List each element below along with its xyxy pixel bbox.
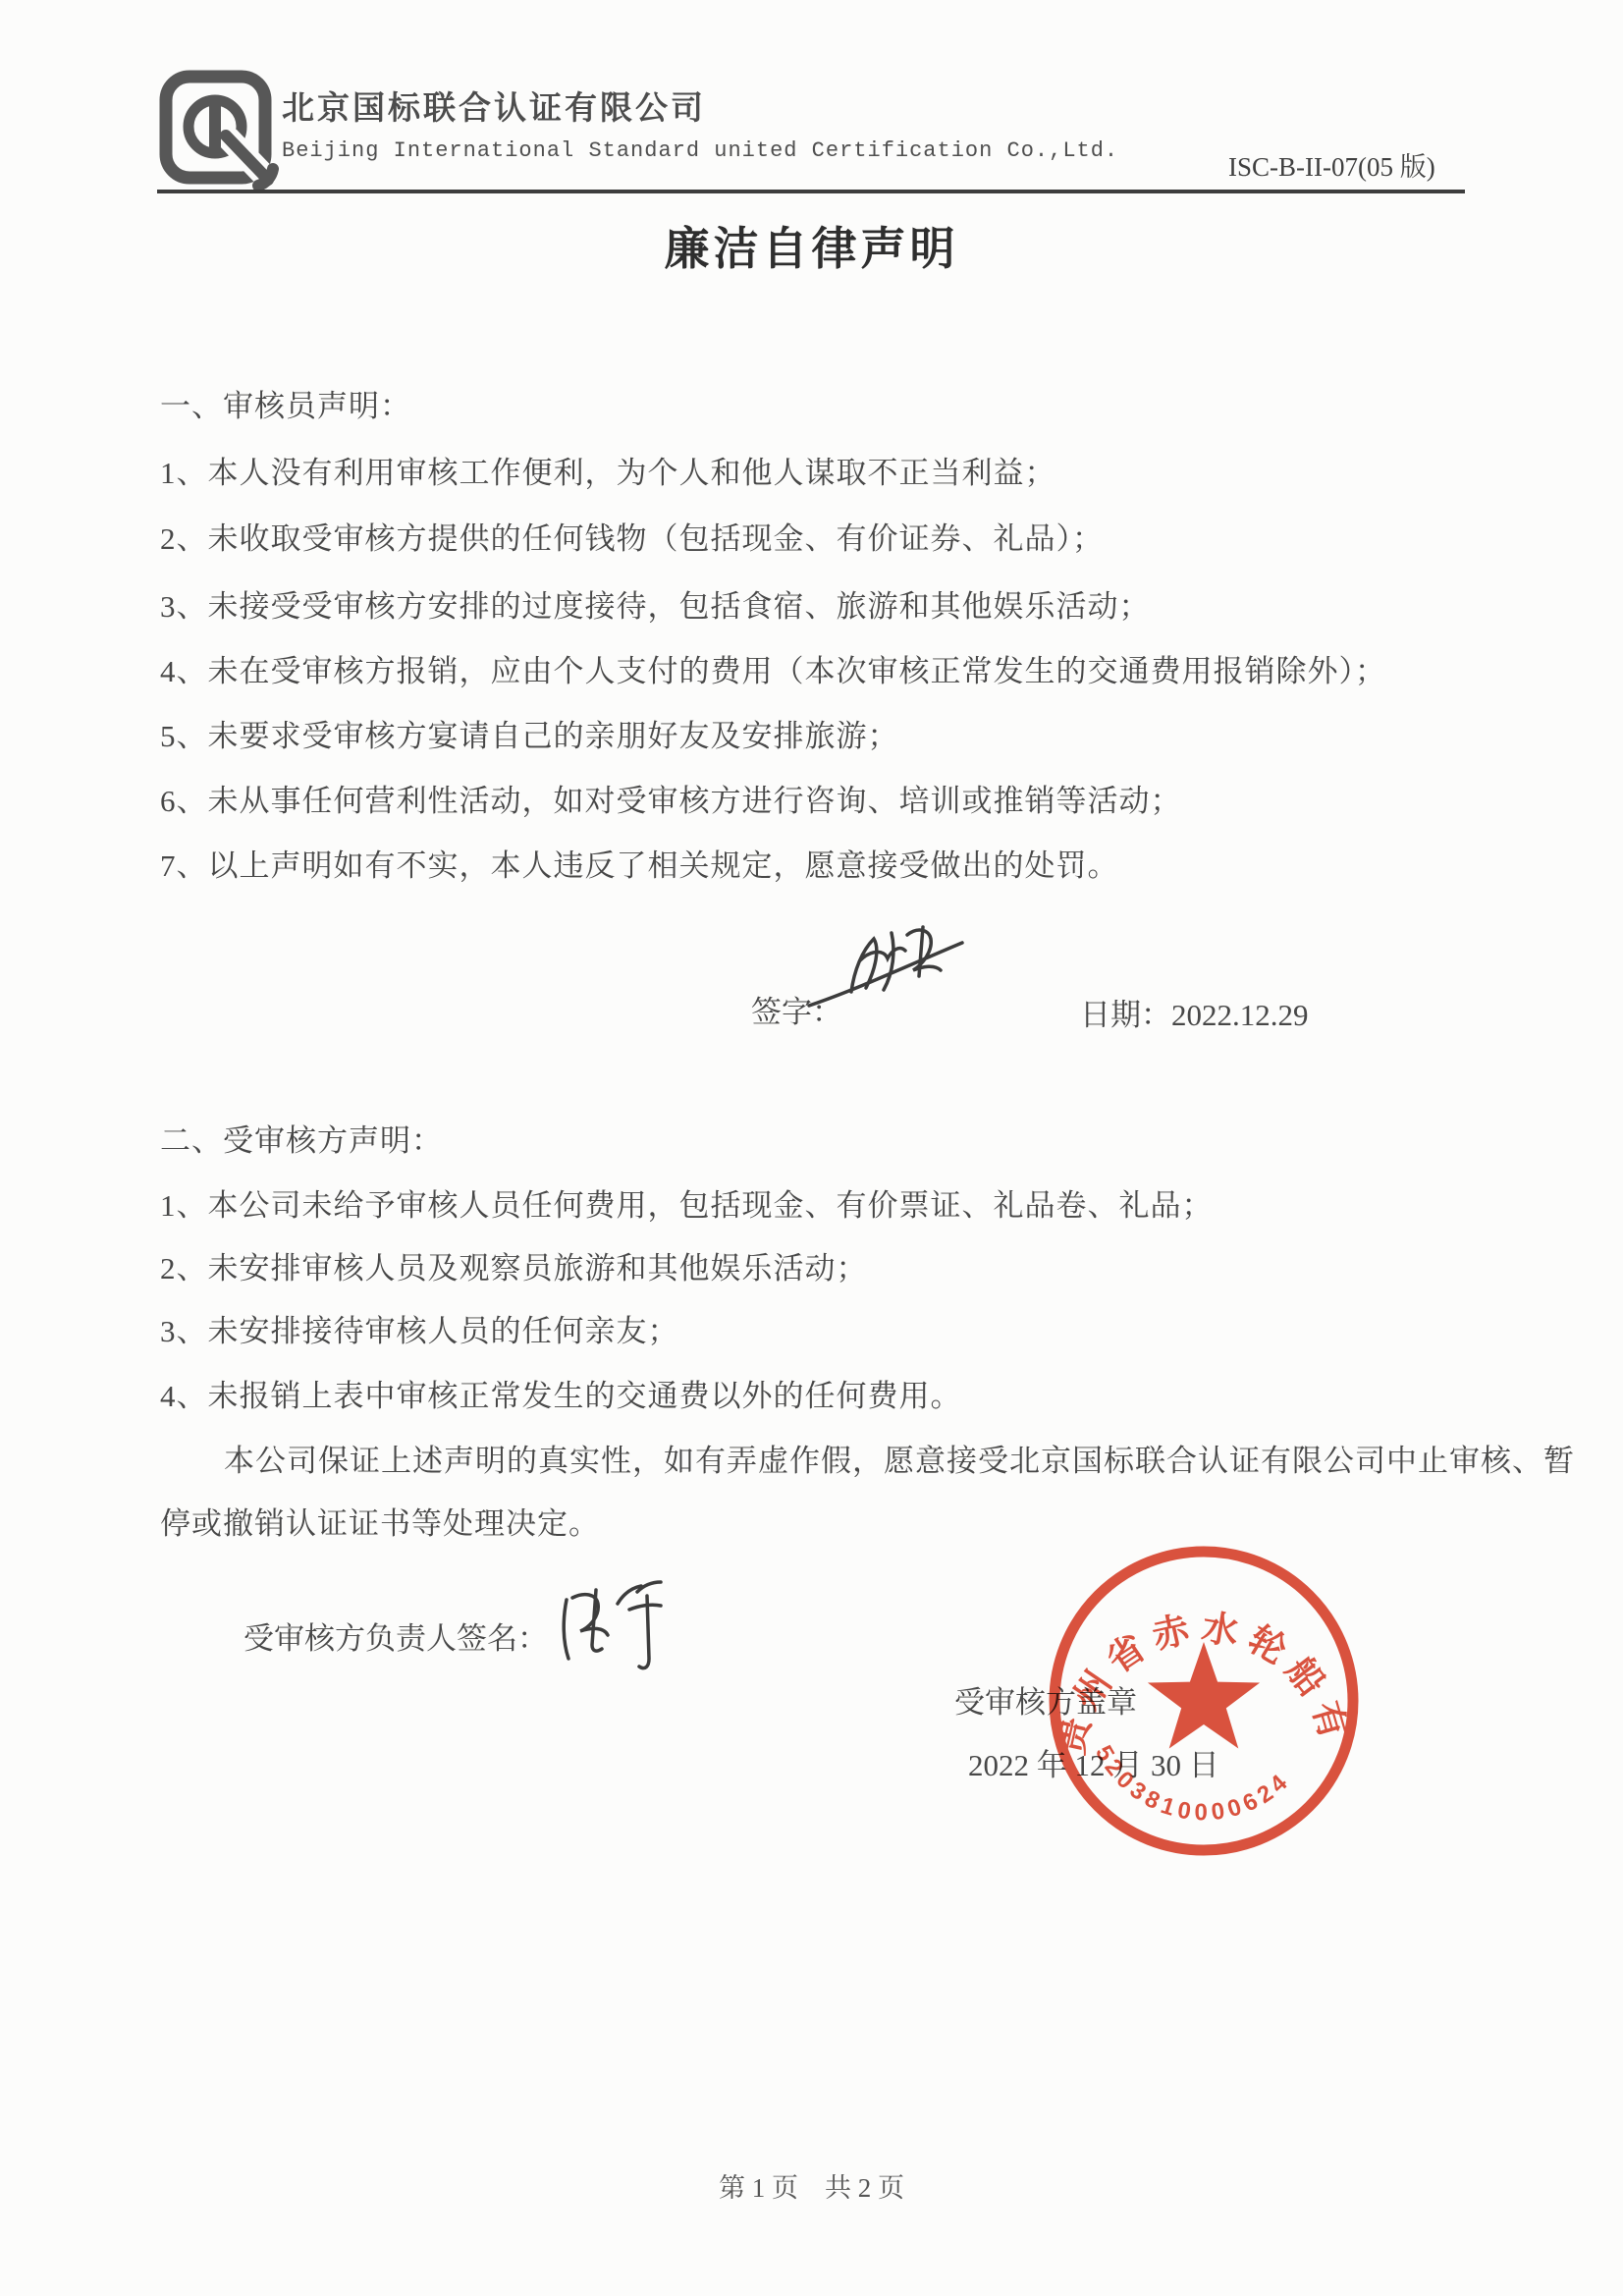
auditee-signature-handwriting xyxy=(553,1576,680,1689)
section1-item-2: 2、未收取受审核方提供的任何钱物（包括现金、有价证券、礼品）； xyxy=(160,514,1104,558)
section2-item-4: 4、未报销上表中审核正常发生的交通费以外的任何费用。 xyxy=(160,1371,962,1415)
section2-heading: 二、受审核方声明： xyxy=(160,1116,443,1160)
company-logo-icon xyxy=(157,69,290,194)
section1-item-5: 5、未要求受审核方宴请自己的亲朋好友及安排旅游； xyxy=(160,711,899,755)
auditor-date-row: 日期：2022.12.29 xyxy=(1080,990,1309,1034)
svg-text:5203810000624: 5203810000624 xyxy=(1090,1741,1296,1826)
section2-item-2: 2、未安排审核人员及观察员旅游和其他娱乐活动； xyxy=(160,1243,868,1287)
closing-paragraph-line2: 停或撤销认证证书等处理决定。 xyxy=(160,1499,600,1543)
form-code: ISC-B-II-07(05 版) xyxy=(1228,145,1435,184)
header-divider xyxy=(157,190,1465,193)
auditor-date-value: 2022.12.29 xyxy=(1171,998,1309,1032)
company-name-cn: 北京国标联合认证有限公司 xyxy=(282,82,706,129)
section1-heading: 一、审核员声明： xyxy=(160,381,411,425)
red-seal-stamp: 贵州省赤水轮船有限公司 5203810000624 xyxy=(1037,1532,1371,1866)
auditor-signature-handwriting xyxy=(797,921,1003,1024)
section1-item-6: 6、未从事任何营利性活动，如对受审核方进行咨询、培训或推销等活动； xyxy=(160,776,1182,820)
document-title: 廉洁自律声明 xyxy=(0,213,1623,278)
section1-item-3: 3、未接受受审核方安排的过度接待，包括食宿、旅游和其他娱乐活动； xyxy=(160,581,1151,626)
scanned-document-page: 北京国标联合认证有限公司 Beijing International Stand… xyxy=(0,0,1623,2296)
section2-item-1: 1、本公司未给予审核人员任何费用，包括现金、有价票证、礼品卷、礼品； xyxy=(160,1180,1214,1225)
section1-item-1: 1、本人没有利用审核工作便利，为个人和他人谋取不正当利益； xyxy=(160,448,1056,492)
seal-serial-number: 5203810000624 xyxy=(1090,1741,1296,1826)
section1-item-4: 4、未在受审核方报销，应由个人支付的费用（本次审核正常发生的交通费用报销除外）； xyxy=(160,646,1386,690)
closing-paragraph-line1: 本公司保证上述声明的真实性，如有弄虚作假，愿意接受北京国标联合认证有限公司中止审… xyxy=(224,1436,1575,1480)
auditor-date-label: 日期： xyxy=(1080,998,1171,1032)
auditee-leader-sign-label: 受审核方负责人签名： xyxy=(243,1613,548,1658)
section1-item-7: 7、以上声明如有不实，本人违反了相关规定，愿意接受做出的处罚。 xyxy=(160,841,1119,885)
page-number: 第 1 页 共 2 页 xyxy=(0,2166,1623,2205)
seal-star-icon xyxy=(1148,1642,1260,1749)
section2-item-3: 3、未安排接待审核人员的任何亲友； xyxy=(160,1306,679,1350)
company-name-en: Beijing International Standard united Ce… xyxy=(282,138,1118,163)
